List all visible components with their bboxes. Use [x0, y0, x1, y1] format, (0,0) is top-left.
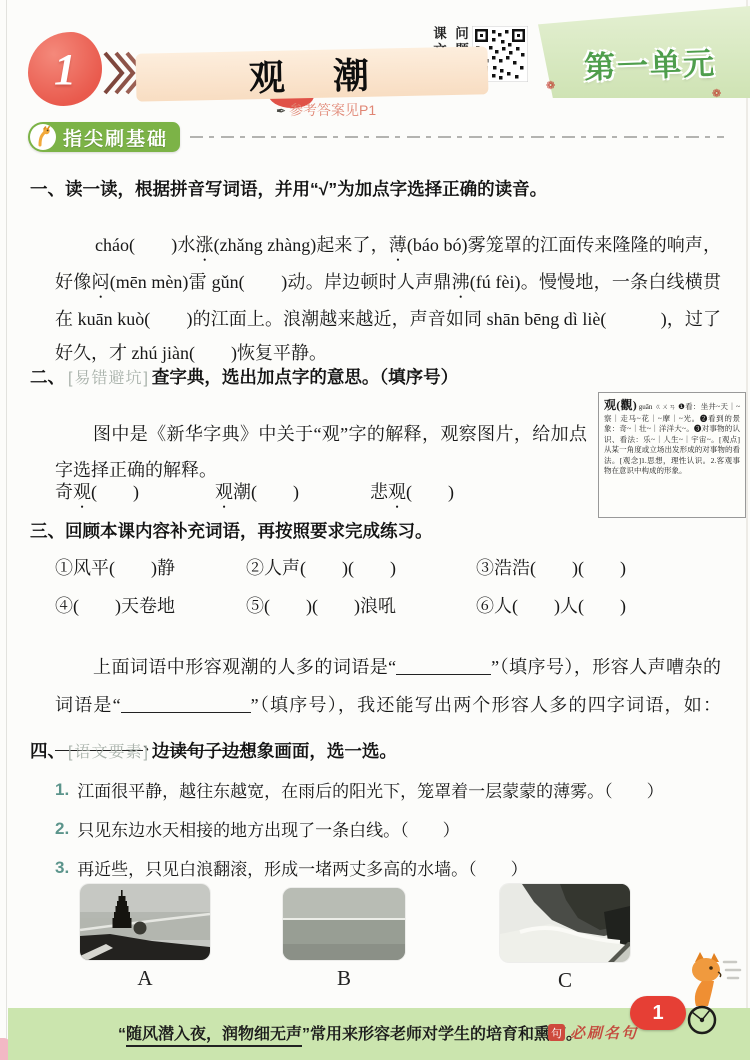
dict-definitions: ❶看：坐井~天｜~察｜走马~花｜~摩｜~光。❷看到的景象：奇~｜壮~｜洋洋大~。…	[604, 402, 740, 475]
tag-language-element: 语文要素	[68, 744, 149, 761]
question-2-heading: 二、易错避坑查字典，选出加点字的意思。（填序号）	[30, 364, 735, 389]
page-number-badge: 1	[630, 996, 686, 1030]
dashed-divider	[190, 136, 724, 138]
unit-banner-text: 第一单元	[559, 37, 740, 88]
answer-blank[interactable]	[396, 659, 491, 675]
question-3-word-grid: ①风平( )静 ②人声( )( ) ③浩浩( )( ) ④( )天卷地 ⑤( )…	[55, 548, 735, 624]
answer-paren[interactable]: ( )	[91, 482, 139, 502]
sentence-text: 只见东边水天相接的地方出现了一条白线。（ ）	[77, 816, 460, 841]
section-badge-label: 指尖刷基础	[63, 124, 168, 151]
question-4-heading-text: 边读句子边想象画面，选一选。	[152, 741, 397, 761]
answer-paren[interactable]: ( )	[251, 482, 299, 502]
sentence-text: 再近些，只见白浪翻滚，形成一堵两丈多高的水墙。（ ）	[77, 855, 528, 880]
image-label: B	[283, 966, 405, 991]
sentence-item[interactable]: 1. 江面很平静，越往东越宽，在雨后的阳光下，笼罩着一层蒙蒙的薄雾。（ ）	[55, 770, 740, 809]
dict-headword: 观(觀)	[604, 398, 637, 412]
paragraph-text: ”（填序号），我还能写出两个形容人多的四字词语，如：	[251, 695, 721, 715]
page-number: 1	[652, 1002, 663, 1025]
word-option[interactable]: 奇观( )	[55, 478, 139, 512]
word-blank-item[interactable]: ④( )天卷地	[55, 592, 246, 618]
question-4-sentences: 1. 江面很平静，越往东越宽，在雨后的阳光下，笼罩着一层蒙蒙的薄雾。（ ） 2.…	[55, 770, 740, 887]
tag-error-pitfall: 易错避坑	[68, 370, 149, 387]
quote-mark: “	[118, 1026, 126, 1043]
word-blank-item[interactable]: ⑥人( )人( )	[476, 592, 735, 618]
dotted-char: 涨	[196, 235, 214, 255]
footer-quote-explanation: 常用来形容老师对学生的培育和熏陶。	[310, 1026, 582, 1043]
question-1-heading: 一、读一读，根据拼音写词语，并用“√”为加点字选择正确的读音。	[30, 176, 735, 201]
answer-reference: 参考答案见P1	[276, 100, 376, 120]
image-label: A	[80, 966, 210, 991]
passage-text: (zhǎng zhàng)起来了，	[214, 235, 389, 255]
passage-text: cháo( )水	[95, 235, 196, 255]
question-2-heading-text: 查字典，选出加点字的意思。（填序号）	[152, 367, 458, 387]
flower-icon	[546, 76, 555, 94]
word-option[interactable]: 悲观( )	[370, 478, 454, 512]
dict-pinyin: guān ㄍㄨㄢ	[639, 403, 676, 411]
page-edge-line	[6, 0, 7, 1060]
word-option[interactable]: 观潮( )	[215, 478, 299, 512]
question-number: 二、	[30, 367, 65, 387]
word-blank-item[interactable]: ②人声( )( )	[246, 554, 476, 580]
footer-quote: 随风潜入夜，润物细无声	[126, 1026, 302, 1047]
choice-image-towering-wave: C	[500, 884, 630, 993]
seal-icon	[548, 1024, 565, 1041]
lesson-number: 1	[54, 44, 76, 95]
giraffe-icon	[30, 124, 56, 150]
word-blank-item[interactable]: ⑤( )( )浪吼	[246, 592, 476, 618]
pen-icon	[276, 102, 289, 118]
sentence-item[interactable]: 2. 只见东边水天相接的地方出现了一条白线。（ ）	[55, 809, 740, 848]
answer-reference-text: 参考答案见P1	[289, 102, 376, 118]
question-2-options: 奇观( ) 观潮( ) 悲观( )	[55, 478, 615, 506]
word-blank-item[interactable]: ③浩浩( )( )	[476, 554, 735, 580]
footer-logo: 必刷名句	[548, 1022, 638, 1043]
dotted-char: 沸	[452, 272, 470, 292]
dotted-char: 薄	[389, 235, 407, 255]
question-3-heading: 三、回顾本课内容补充词语，再按照要求完成练习。	[30, 518, 735, 543]
lesson-number-badge: 1	[28, 32, 102, 106]
section-badge-basics: 指尖刷基础	[28, 122, 180, 152]
page-edge-line	[746, 0, 748, 1060]
question-4-heading: 四、语文要素边读句子边想象画面，选一选。	[30, 738, 735, 763]
answer-blank[interactable]	[121, 697, 251, 713]
paragraph-text: 上面词语中形容观潮的人多的词语是“	[93, 657, 396, 677]
passage-text: (mēn mèn)雷 gǔn( )动。岸边顿时人声鼎	[110, 272, 452, 292]
lesson-title-banner: 观 潮	[136, 46, 489, 101]
sentence-number: 2.	[55, 819, 69, 839]
choice-image-pagoda-riverbank: A	[80, 884, 210, 991]
dictionary-snippet-image: 观(觀)guān ㄍㄨㄢ❶看：坐井~天｜~察｜走马~花｜~摩｜~光。❷看到的景象…	[598, 392, 746, 518]
flower-icon	[712, 84, 721, 102]
sentence-text: 江面很平静，越往东越宽，在雨后的阳光下，笼罩着一层蒙蒙的薄雾。（ ）	[77, 777, 664, 802]
sentence-item[interactable]: 3. 再近些，只见白浪翻滚，形成一堵两丈多高的水墙。（ ）	[55, 848, 740, 887]
question-number: 四、	[30, 741, 65, 761]
dotted-char: 闷	[91, 272, 109, 292]
footer-quote-line: “随风潜入夜，润物细无声”常用来形容老师对学生的培育和熏陶。	[118, 1021, 582, 1044]
lesson-title: 观 潮	[248, 47, 375, 101]
answer-paren[interactable]: ( )	[406, 482, 454, 502]
image-label: C	[500, 968, 630, 993]
sentence-number: 1.	[55, 780, 69, 800]
sentence-number: 3.	[55, 858, 69, 878]
quote-mark: ”	[302, 1026, 310, 1043]
word-blank-item[interactable]: ①风平( )静	[55, 554, 246, 580]
footer-logo-text: 必刷名句	[570, 1022, 638, 1043]
question-1-passage: cháo( )水涨(zhǎng zhàng)起来了，薄(báo bó)雾笼罩的江…	[55, 228, 721, 370]
choice-image-white-line-horizon: B	[283, 888, 405, 991]
